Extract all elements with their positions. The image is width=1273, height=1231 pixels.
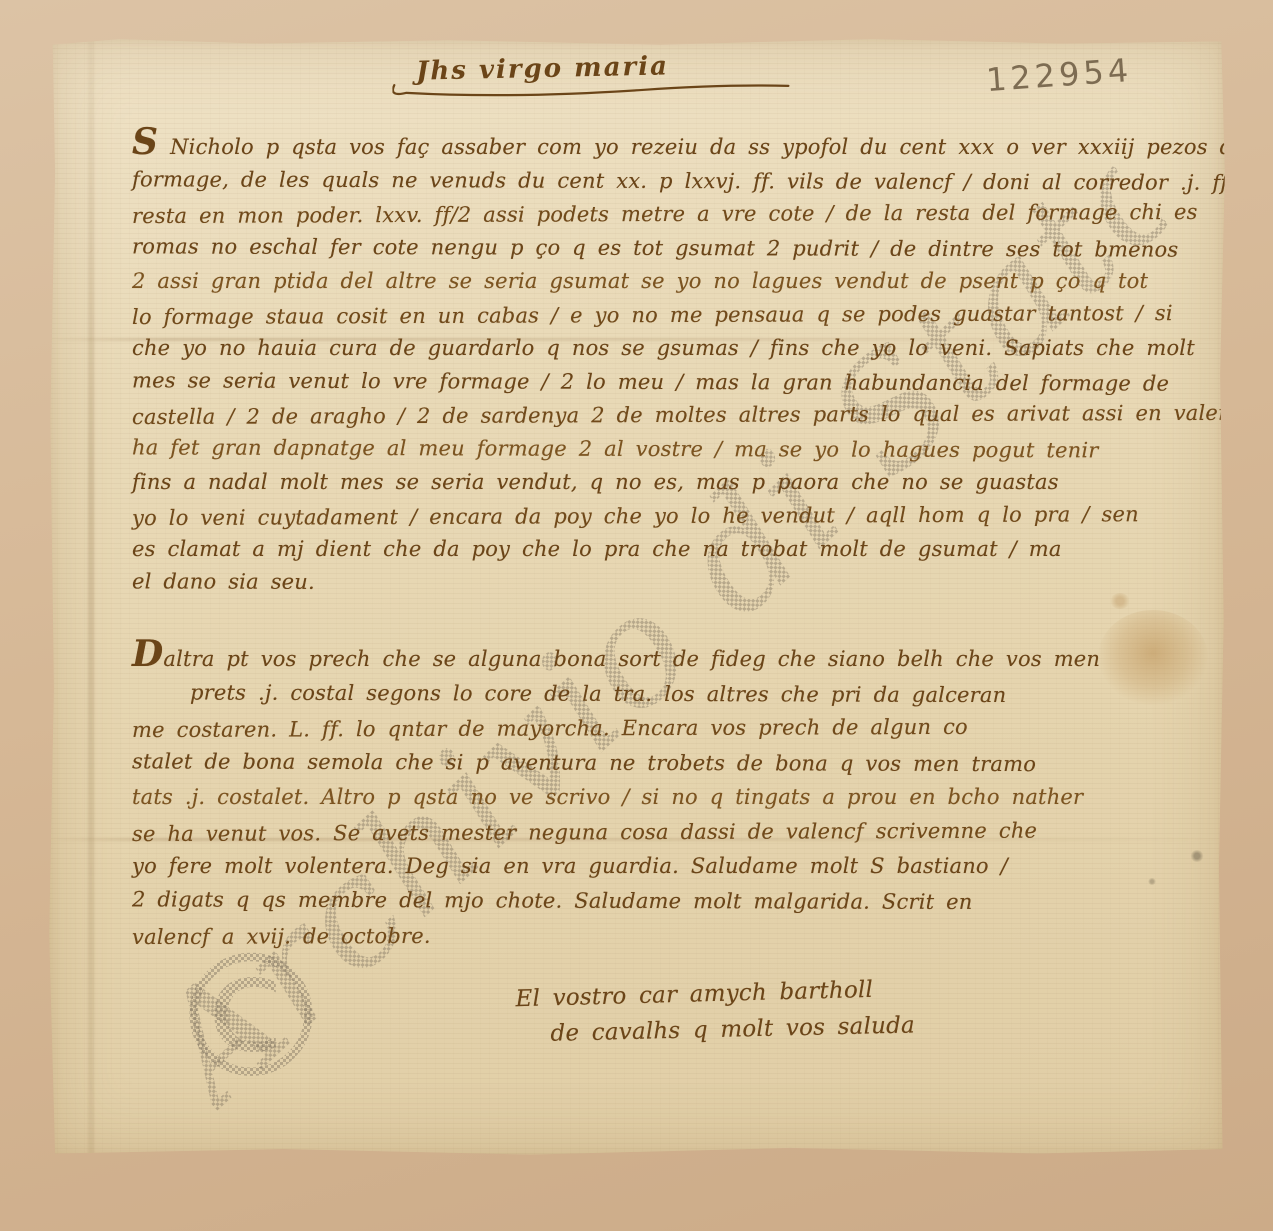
letter-line: es clamat a mj dient che da poy che lo p… <box>132 533 1198 567</box>
signature-block: El vostro car amych bartholl de cavalhs … <box>515 971 915 1053</box>
letter-line: formage, de les quals ne venuds du cent … <box>132 163 1198 200</box>
archive-number: 122954 <box>985 51 1133 99</box>
letter-paragraph-2: Daltra pt vos prech che se alguna bona s… <box>132 637 1198 953</box>
letter-line: fins a nadal molt mes se seria vendut, q… <box>132 466 1198 500</box>
letter-line: 2 assi gran ptida del altre se seria gsu… <box>132 265 1198 299</box>
letter-line: yo lo veni cuytadament / encara da poy c… <box>132 497 1198 535</box>
letter-line: S Nicholo p qsta vos faç assaber com yo … <box>132 126 1198 165</box>
letter-line: stalet de bona semola che si p aventura … <box>132 744 1198 782</box>
letter-line: yo fere molt volentera. Deg sia en vra g… <box>132 849 1198 884</box>
letter-line: lo formage staua cosit en un cabas / e y… <box>132 296 1198 334</box>
invocation-heading: Jhs virgo maria <box>416 51 670 86</box>
letter-line: 2 digats q qs membre del mjo chote. Salu… <box>132 882 1198 920</box>
manuscript-paper: Archivio di Stato © Jhs virgo maria 1229… <box>48 38 1226 1158</box>
letter-line: che yo no hauia cura de guardarlo q nos … <box>132 332 1198 366</box>
letter-line: Daltra pt vos prech che se alguna bona s… <box>132 637 1198 677</box>
letter-line: se ha venut vos. Se avets mester neguna … <box>132 812 1198 851</box>
letter-line: castella / 2 de aragho / 2 de sardenya 2… <box>132 397 1198 435</box>
letter-line: tats .j. costalet. Altro p qsta no ve sc… <box>132 780 1198 815</box>
fold-line-left <box>88 38 94 1158</box>
letter-line: mes se seria venut lo vre formage / 2 lo… <box>132 364 1198 401</box>
letter-line: valencf a xvij. de octobre. <box>132 916 1198 955</box>
copyright-watermark-icon: © <box>166 933 336 1103</box>
letter-line: ha fet gran dapnatge al meu formage 2 al… <box>132 431 1198 468</box>
letter-line: romas no eschal fer cote nengu p ço q es… <box>132 230 1198 267</box>
letter-paragraph-1: S Nicholo p qsta vos faç assaber com yo … <box>132 126 1198 600</box>
letter-line: resta en mon poder. lxxv. ff/2 assi pode… <box>132 196 1198 234</box>
letter-line: el dano sia seu. <box>132 565 1198 602</box>
letter-line: me costaren. L. ff. lo qntar de mayorcha… <box>132 709 1198 748</box>
letter-line: prets .j. costal segons lo core de la tr… <box>132 675 1198 713</box>
